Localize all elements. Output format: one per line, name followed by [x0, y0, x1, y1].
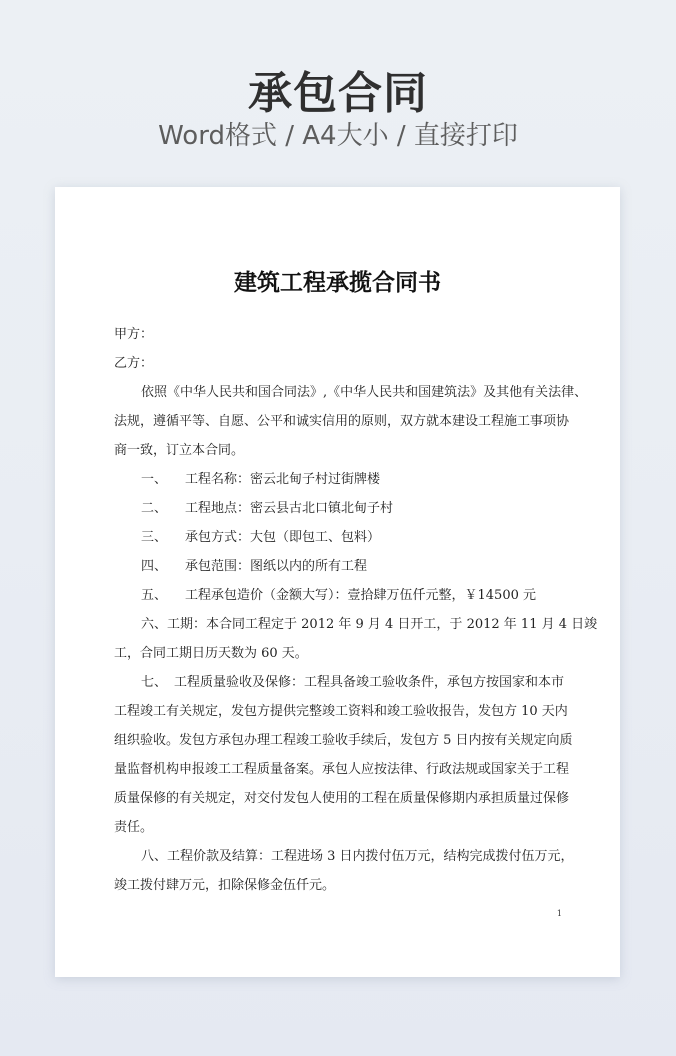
clause-text: 工程地点：密云县古北口镇北甸子村 — [185, 494, 393, 523]
clause-7-line: 组织验收。发包方承包办理工程竣工验收手续后，发包方 5 日内按有关规定向质 — [114, 726, 564, 755]
clause-number: 八、 — [141, 842, 167, 871]
clause-text: 工程质量验收及保修：工程具备竣工验收条件，承包方按国家和本市 — [174, 668, 564, 697]
clause-6-continuation: 工，合同工期日历天数为 60 天。 — [114, 639, 564, 668]
clause-5: 五、 工程承包造价（金额大写）：壹拾肆万伍仟元整，￥14500 元 — [114, 581, 564, 610]
clause-text: 工程价款及结算：工程进场 3 日内拨付伍万元，结构完成拨付伍万元， — [167, 842, 574, 871]
clause-8: 八、 工程价款及结算：工程进场 3 日内拨付伍万元，结构完成拨付伍万元， — [114, 842, 564, 871]
clause-4: 四、 承包范围：图纸以内的所有工程 — [114, 552, 564, 581]
clause-2: 二、 工程地点：密云县古北口镇北甸子村 — [114, 494, 564, 523]
clause-number: 二、 — [141, 494, 185, 523]
banner-title: 承包合同 — [0, 66, 676, 122]
clause-text: 工程名称：密云北甸子村过街牌楼 — [185, 465, 380, 494]
clause-3: 三、 承包方式：大包（即包工、包料） — [114, 523, 564, 552]
clause-number: 六、 — [141, 610, 167, 639]
clause-7: 七、 工程质量验收及保修：工程具备竣工验收条件，承包方按国家和本市 — [114, 668, 564, 697]
document-body: 甲方： 乙方： 依照《中华人民共和国合同法》,《中华人民共和国建筑法》及其他有关… — [114, 320, 564, 900]
clause-number: 五、 — [141, 581, 185, 610]
clause-6: 六、 工期：本合同工程定于 2012 年 9 月 4 日开工，于 2012 年 … — [114, 610, 564, 639]
page-number: 1 — [557, 909, 562, 918]
clause-number: 一、 — [141, 465, 185, 494]
clause-8-continuation: 竣工拨付肆万元，扣除保修金伍仟元。 — [114, 871, 564, 900]
clause-number: 七、 — [141, 668, 174, 697]
preamble-line: 依照《中华人民共和国合同法》,《中华人民共和国建筑法》及其他有关法律、 — [114, 378, 564, 407]
preamble-line: 法规，遵循平等、自愿、公平和诚实信用的原则，双方就本建设工程施工事项协 — [114, 407, 564, 436]
clause-text: 承包方式：大包（即包工、包料） — [185, 523, 380, 552]
preamble-line: 商一致，订立本合同。 — [114, 436, 564, 465]
clause-number: 四、 — [141, 552, 185, 581]
clause-1: 一、 工程名称：密云北甸子村过街牌楼 — [114, 465, 564, 494]
banner-subtitle: Word格式 / A4大小 / 直接打印 — [0, 118, 676, 154]
clause-7-line: 量监督机构申报竣工工程质量备案。承包人应按法律、行政法规或国家关于工程 — [114, 755, 564, 784]
clause-text: 承包范围：图纸以内的所有工程 — [185, 552, 367, 581]
clause-text: 工期：本合同工程定于 2012 年 9 月 4 日开工，于 2012 年 11 … — [167, 610, 597, 639]
clause-7-line: 责任。 — [114, 813, 564, 842]
clause-number: 三、 — [141, 523, 185, 552]
clause-text: 工程承包造价（金额大写）：壹拾肆万伍仟元整，￥14500 元 — [185, 581, 536, 610]
document-page: 建筑工程承揽合同书 甲方： 乙方： 依照《中华人民共和国合同法》,《中华人民共和… — [55, 187, 620, 977]
clause-7-line: 质量保修的有关规定，对交付发包人使用的工程在质量保修期内承担质量过保修 — [114, 784, 564, 813]
party-a-label: 甲方： — [114, 320, 564, 349]
clause-7-line: 工程竣工有关规定，发包方提供完整竣工资料和竣工验收报告，发包方 10 天内 — [114, 697, 564, 726]
party-b-label: 乙方： — [114, 349, 564, 378]
document-title: 建筑工程承揽合同书 — [55, 267, 620, 299]
